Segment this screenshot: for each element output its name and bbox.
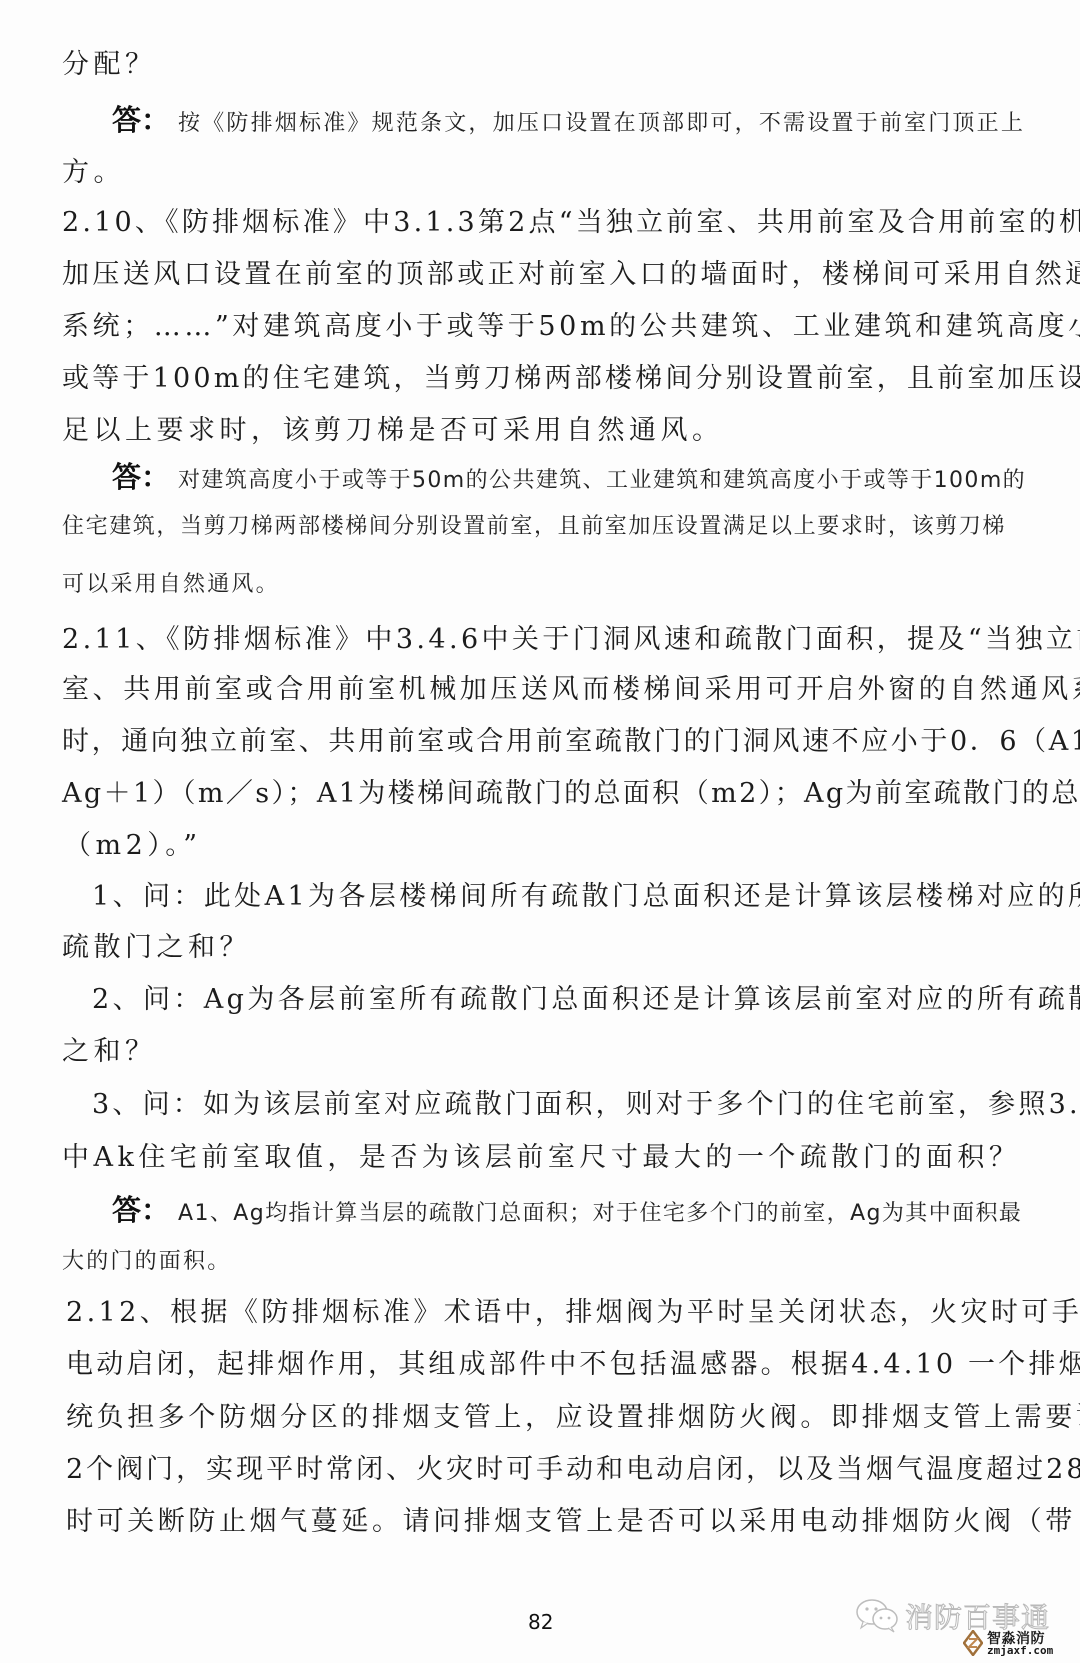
text-line: 之和？ xyxy=(62,1035,157,1069)
section-heading-2-12: 2.12、根据《防排烟标准》术语中，排烟阀为平时呈关闭状态，火灾时可手动和 xyxy=(66,1296,1080,1330)
watermark-logo-url: zmjaxf.com xyxy=(987,1644,1053,1657)
line-text: 3、问：如为该层前室对应疏散门面积，则对于多个门的住宅前室，参照3.4.6 xyxy=(92,1089,1080,1120)
line-text: 2、问：Ag为各层前室所有疏散门总面积还是计算该层前室对应的所有疏散门 xyxy=(92,984,1080,1015)
line-text: 大的门的面积。 xyxy=(62,1249,231,1274)
line-text: 电动启闭，起排烟作用，其组成部件中不包括温感器。根据4.4.10 一个排烟系 xyxy=(66,1349,1080,1380)
zhimiao-logo-icon xyxy=(963,1630,983,1656)
text-line: 方。 xyxy=(62,156,125,190)
answer-label: 答： xyxy=(112,1193,170,1227)
text-line: 分配？ xyxy=(62,48,157,82)
answer-label: 答： xyxy=(112,460,170,494)
line-text: 2.11、《防排烟标准》中3.4.6中关于门洞风速和疏散门面积，提及“当独立前 xyxy=(62,624,1080,655)
line-text: 之和？ xyxy=(62,1036,157,1067)
question-line: 3、问：如为该层前室对应疏散门面积，则对于多个门的住宅前室，参照3.4.6 xyxy=(92,1088,1080,1122)
answer-line: 答：按《防排烟标准》规范条文，加压口设置在顶部即可，不需设置于前室门顶正上 xyxy=(112,103,1025,137)
line-text: 1、问：此处A1为各层楼梯间所有疏散门总面积还是计算该层楼梯对应的所有 xyxy=(92,881,1080,912)
line-text: 按《防排烟标准》规范条文，加压口设置在顶部即可，不需设置于前室门顶正上 xyxy=(178,111,1025,136)
text-line: 电动启闭，起排烟作用，其组成部件中不包括温感器。根据4.4.10 一个排烟系 xyxy=(66,1348,1080,1382)
text-line: 时，通向独立前室、共用前室或合用前室疏散门的门洞风速不应小于0．6（A1／ xyxy=(62,725,1080,759)
answer-line: 答：A1、Ag均指计算当层的疏散门总面积；对于住宅多个门的前室，Ag为其中面积最 xyxy=(112,1193,1022,1227)
answer-line: 可以采用自然通风。 xyxy=(62,568,280,602)
document-page: 分配？ 答：按《防排烟标准》规范条文，加压口设置在顶部即可，不需设置于前室门顶正… xyxy=(0,0,1080,1663)
text-line: 统负担多个防烟分区的排烟支管上，应设置排烟防火阀。即排烟支管上需要设置 xyxy=(66,1401,1080,1435)
line-text: 疏散门之和？ xyxy=(62,932,251,963)
line-text: Ag＋1）（m／s）；A1为楼梯间疏散门的总面积（m2）；Ag为前室疏散门的总面… xyxy=(62,778,1080,809)
line-text: 加压送风口设置在前室的顶部或正对前室入口的墙面时，楼梯间可采用自然通风 xyxy=(62,259,1080,290)
text-line: 系统；……”对建筑高度小于或等于50m的公共建筑、工业建筑和建筑高度小于 xyxy=(62,310,1080,344)
text-line: （m2）。” xyxy=(64,829,202,863)
line-text: 室、共用前室或合用前室机械加压送风而楼梯间采用可开启外窗的自然通风系统 xyxy=(62,674,1080,705)
line-text: 时可关断防止烟气蔓延。请问排烟支管上是否可以采用电动排烟防火阀（带 xyxy=(66,1506,1076,1537)
line-text: 方。 xyxy=(62,157,125,188)
text-line: 时可关断防止烟气蔓延。请问排烟支管上是否可以采用电动排烟防火阀（带 xyxy=(66,1505,1076,1539)
line-text: 统负担多个防烟分区的排烟支管上，应设置排烟防火阀。即排烟支管上需要设置 xyxy=(66,1402,1080,1433)
text-line: 加压送风口设置在前室的顶部或正对前室入口的墙面时，楼梯间可采用自然通风 xyxy=(62,258,1080,292)
line-text: 时，通向独立前室、共用前室或合用前室疏散门的门洞风速不应小于0．6（A1／ xyxy=(62,726,1080,757)
section-heading-2-10: 2.10、《防排烟标准》中3.1.3第2点“当独立前室、共用前室及合用前室的机械 xyxy=(62,206,1080,240)
text-line: Ag＋1）（m／s）；A1为楼梯间疏散门的总面积（m2）；Ag为前室疏散门的总面… xyxy=(62,777,1080,811)
answer-line: 答：对建筑高度小于或等于50m的公共建筑、工业建筑和建筑高度小于或等于100m的 xyxy=(112,460,1026,494)
question-line: 2、问：Ag为各层前室所有疏散门总面积还是计算该层前室对应的所有疏散门 xyxy=(92,983,1080,1017)
line-text: 2个阀门，实现平时常闭、火灾时可手动和电动启闭，以及当烟气温度超过280℃ xyxy=(66,1454,1080,1485)
text-line: 中Ak住宅前室取值，是否为该层前室尺寸最大的一个疏散门的面积？ xyxy=(62,1141,1020,1175)
line-text: 2.10、《防排烟标准》中3.1.3第2点“当独立前室、共用前室及合用前室的机械 xyxy=(62,207,1080,238)
line-text: 足以上要求时，该剪刀梯是否可采用自然通风。 xyxy=(62,415,724,446)
text-line: 室、共用前室或合用前室机械加压送风而楼梯间采用可开启外窗的自然通风系统 xyxy=(62,673,1080,707)
page-number: 82 xyxy=(528,1610,553,1634)
answer-label: 答： xyxy=(112,103,170,137)
text-line: 疏散门之和？ xyxy=(62,931,251,965)
line-text: 系统；……”对建筑高度小于或等于50m的公共建筑、工业建筑和建筑高度小于 xyxy=(62,311,1080,342)
line-text: 分配？ xyxy=(62,49,157,80)
section-heading-2-11: 2.11、《防排烟标准》中3.4.6中关于门洞风速和疏散门面积，提及“当独立前 xyxy=(62,623,1080,657)
text-line: 足以上要求时，该剪刀梯是否可采用自然通风。 xyxy=(62,414,724,448)
line-text: 中Ak住宅前室取值，是否为该层前室尺寸最大的一个疏散门的面积？ xyxy=(62,1142,1020,1173)
line-text: 住宅建筑，当剪刀梯两部楼梯间分别设置前室，且前室加压设置满足以上要求时，该剪刀梯 xyxy=(62,514,1006,539)
line-text: 对建筑高度小于或等于50m的公共建筑、工业建筑和建筑高度小于或等于100m的 xyxy=(178,468,1026,493)
answer-line: 住宅建筑，当剪刀梯两部楼梯间分别设置前室，且前室加压设置满足以上要求时，该剪刀梯 xyxy=(62,510,1006,544)
answer-line: 大的门的面积。 xyxy=(62,1245,231,1279)
line-text: A1、Ag均指计算当层的疏散门总面积；对于住宅多个门的前室，Ag为其中面积最 xyxy=(178,1201,1022,1226)
question-line: 1、问：此处A1为各层楼梯间所有疏散门总面积还是计算该层楼梯对应的所有 xyxy=(92,880,1080,914)
line-text: 可以采用自然通风。 xyxy=(62,572,280,597)
watermark-logo: 智淼消防 zmjaxf.com xyxy=(963,1628,1073,1658)
watermark: 消防百事通 智淼消防 zmjaxf.com xyxy=(855,1594,1075,1660)
text-line: 2个阀门，实现平时常闭、火灾时可手动和电动启闭，以及当烟气温度超过280℃ xyxy=(66,1453,1080,1487)
text-line: 或等于100m的住宅建筑，当剪刀梯两部楼梯间分别设置前室，且前室加压设置满 xyxy=(62,362,1080,396)
line-text: 或等于100m的住宅建筑，当剪刀梯两部楼梯间分别设置前室，且前室加压设置满 xyxy=(62,363,1080,394)
wechat-icon xyxy=(855,1598,901,1634)
line-text: 2.12、根据《防排烟标准》术语中，排烟阀为平时呈关闭状态，火灾时可手动和 xyxy=(66,1297,1080,1328)
line-text: （m2）。” xyxy=(64,830,202,861)
